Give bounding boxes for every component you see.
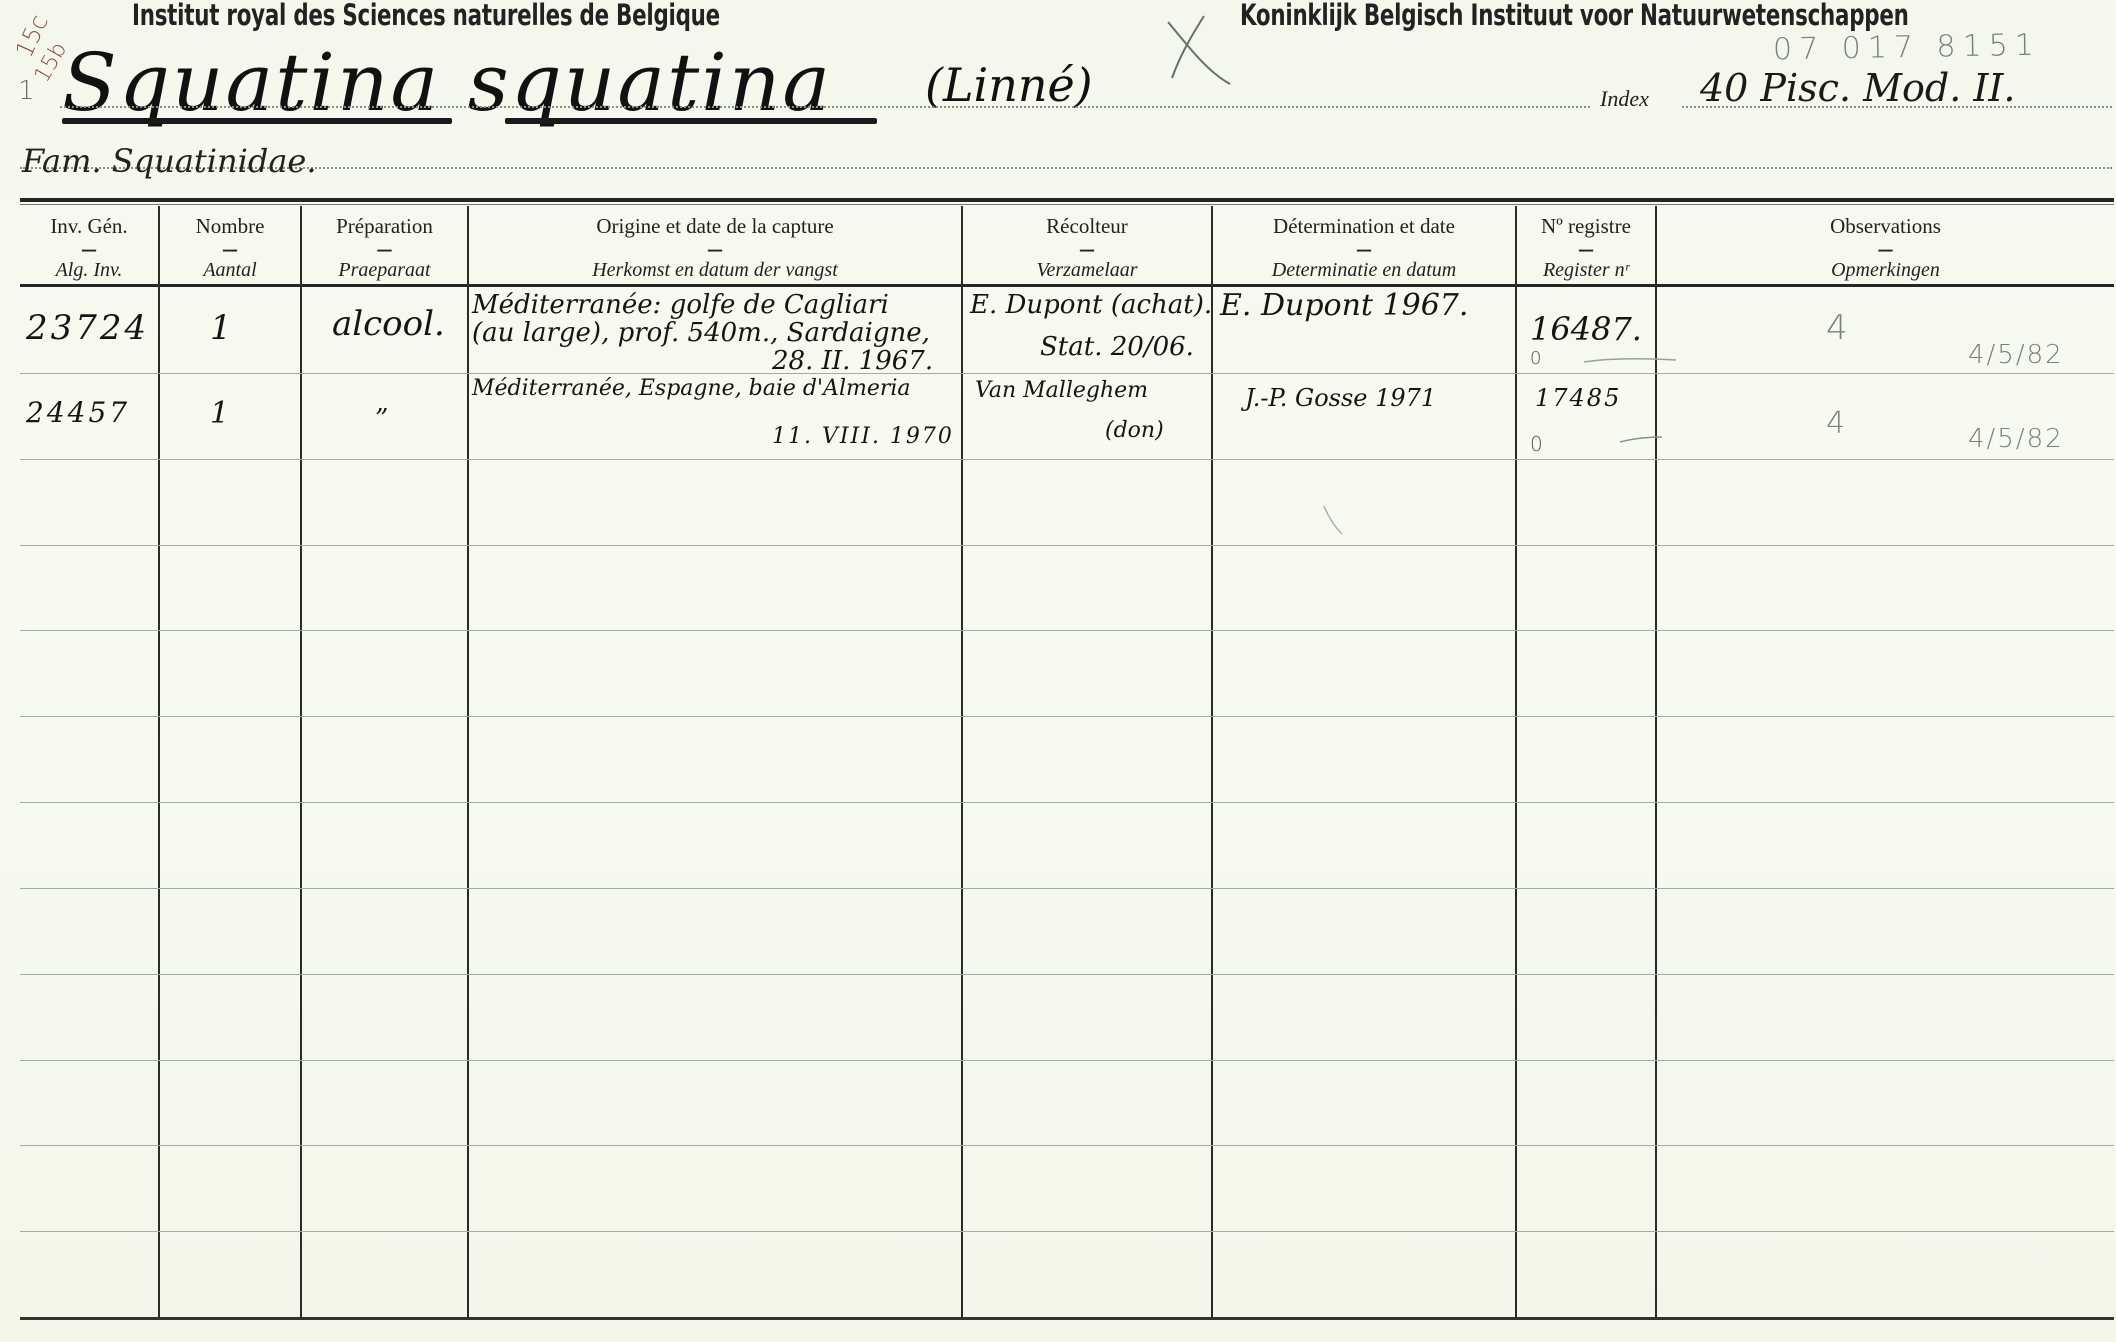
collector-note: (don) bbox=[1105, 418, 1164, 443]
pencil-dash-icon bbox=[1580, 338, 1680, 448]
column-header-fr: Origine et date de la capture bbox=[469, 214, 961, 239]
column-header-nl: Determinatie en datum bbox=[1213, 259, 1515, 282]
header-bottom-border bbox=[20, 284, 2114, 287]
column-header-inv: Inv. Gén. — Alg. Inv. bbox=[20, 206, 158, 284]
cross-mark-icon bbox=[1160, 12, 1235, 87]
collector: E. Dupont (achat). bbox=[970, 290, 1212, 320]
column-header-dash: — bbox=[20, 245, 158, 255]
row-divider bbox=[20, 888, 2114, 889]
column-header-fr: Récolteur bbox=[963, 214, 1211, 239]
column-header-dash: — bbox=[160, 245, 300, 255]
column-header-dash: — bbox=[1213, 245, 1515, 255]
observation-date: 4/5/82 bbox=[1968, 424, 2064, 454]
observation-mark: 4 bbox=[1826, 308, 1848, 348]
origin-date: 28. II. 1967. bbox=[772, 346, 933, 376]
column-header-nl: Verzamelaar bbox=[963, 259, 1211, 282]
column-header-fr: Observations bbox=[1657, 214, 2114, 239]
row-divider bbox=[20, 974, 2114, 975]
column-header-dash: — bbox=[963, 245, 1211, 255]
species-name: Squatina squatina bbox=[62, 36, 832, 129]
observation-date: 4/5/82 bbox=[1968, 340, 2064, 370]
observation-mark: 4 bbox=[1826, 406, 1845, 441]
index-label: Index bbox=[1600, 86, 1649, 112]
column-header-nl: Alg. Inv. bbox=[20, 259, 158, 282]
row-divider bbox=[20, 630, 2114, 631]
row-divider bbox=[20, 373, 2114, 374]
origin-line: Méditerranée, Espagne, baie d'Almeria bbox=[472, 376, 911, 401]
species-dotted-line bbox=[60, 106, 1590, 108]
index-value: 40 Pisc. Mod. II. bbox=[1700, 66, 2015, 110]
row-divider bbox=[20, 459, 2114, 460]
column-header-count: Nombre — Aantal bbox=[160, 206, 300, 284]
specimen-count: 1 bbox=[210, 308, 232, 348]
table-top-border-thin bbox=[20, 204, 2114, 205]
column-header-nl: Herkomst en datum der vangst bbox=[469, 259, 961, 282]
column-header-nl: Aantal bbox=[160, 259, 300, 282]
column-header-fr: Détermination et date bbox=[1213, 214, 1515, 239]
family-dotted-line bbox=[20, 167, 2112, 169]
column-header-dash: — bbox=[1517, 245, 1655, 255]
row-divider bbox=[20, 545, 2114, 546]
column-header-observations: Observations — Opmerkingen bbox=[1657, 206, 2114, 284]
column-header-determination: Détermination et date — Determinatie en … bbox=[1213, 206, 1515, 284]
row-divider bbox=[20, 1060, 2114, 1061]
catalog-number: 07 017 8151 bbox=[1773, 28, 2041, 68]
species-underline bbox=[505, 118, 877, 124]
family-name: Fam. Squatinidae. bbox=[22, 142, 317, 180]
collector: Van Malleghem bbox=[975, 378, 1148, 403]
preparation: alcool. bbox=[332, 304, 445, 344]
table-top-border bbox=[20, 198, 2114, 202]
inventory-number: 24457 bbox=[26, 396, 130, 429]
column-header-nl: Opmerkingen bbox=[1657, 259, 2114, 282]
specimen-count: 1 bbox=[210, 396, 229, 431]
determination: J.-P. Gosse 1971 bbox=[1245, 384, 1436, 412]
origin-date: 11. VIII. 1970 bbox=[772, 424, 954, 449]
column-header-dash: — bbox=[302, 245, 467, 255]
column-header-fr: Nombre bbox=[160, 214, 300, 239]
column-header-origin: Origine et date de la capture — Herkomst… bbox=[469, 206, 961, 284]
inventory-number: 23724 bbox=[26, 308, 149, 348]
collector-station: Stat. 20/06. bbox=[1040, 332, 1194, 362]
column-header-collector: Récolteur — Verzamelaar bbox=[963, 206, 1211, 284]
institution-name-nl: Koninklijk Belgisch Instituut voor Natuu… bbox=[1240, 0, 1909, 32]
row-divider bbox=[20, 802, 2114, 803]
row-divider bbox=[20, 1145, 2114, 1146]
column-header-dash: — bbox=[1657, 245, 2114, 255]
register-mark: 0 bbox=[1530, 348, 1541, 369]
specimen-record-card: Institut royal des Sciences naturelles d… bbox=[0, 0, 2116, 1342]
column-header-nl: Praeparaat bbox=[302, 259, 467, 282]
column-header-fr: Inv. Gén. bbox=[20, 214, 158, 239]
species-underline bbox=[62, 118, 452, 124]
column-header-register: Nº registre — Register nʳ bbox=[1517, 206, 1655, 284]
register-mark: 0 bbox=[1530, 432, 1543, 456]
column-header-fr: Préparation bbox=[302, 214, 467, 239]
origin-line: (au large), prof. 540m., Sardaigne, bbox=[472, 318, 930, 348]
origin-line: Méditerranée: golfe de Cagliari bbox=[472, 290, 889, 320]
determination: E. Dupont 1967. bbox=[1220, 288, 1468, 323]
species-author: (Linné) bbox=[925, 58, 1093, 112]
column-header-dash: — bbox=[469, 245, 961, 255]
row-divider bbox=[20, 1231, 2114, 1232]
column-header-preparation: Préparation — Praeparaat bbox=[302, 206, 467, 284]
stray-mark-icon bbox=[1320, 504, 1350, 538]
row-divider bbox=[20, 716, 2114, 717]
preparation: ” bbox=[375, 404, 388, 434]
margin-note: 1 bbox=[18, 76, 35, 106]
column-header-nl: Register nʳ bbox=[1517, 259, 1655, 282]
table-bottom-border bbox=[20, 1317, 2114, 1320]
specimen-table: Inv. Gén. — Alg. Inv. Nombre — Aantal Pr… bbox=[20, 198, 2114, 1320]
institution-name-fr: Institut royal des Sciences naturelles d… bbox=[132, 0, 720, 32]
column-header-fr: Nº registre bbox=[1517, 214, 1655, 239]
